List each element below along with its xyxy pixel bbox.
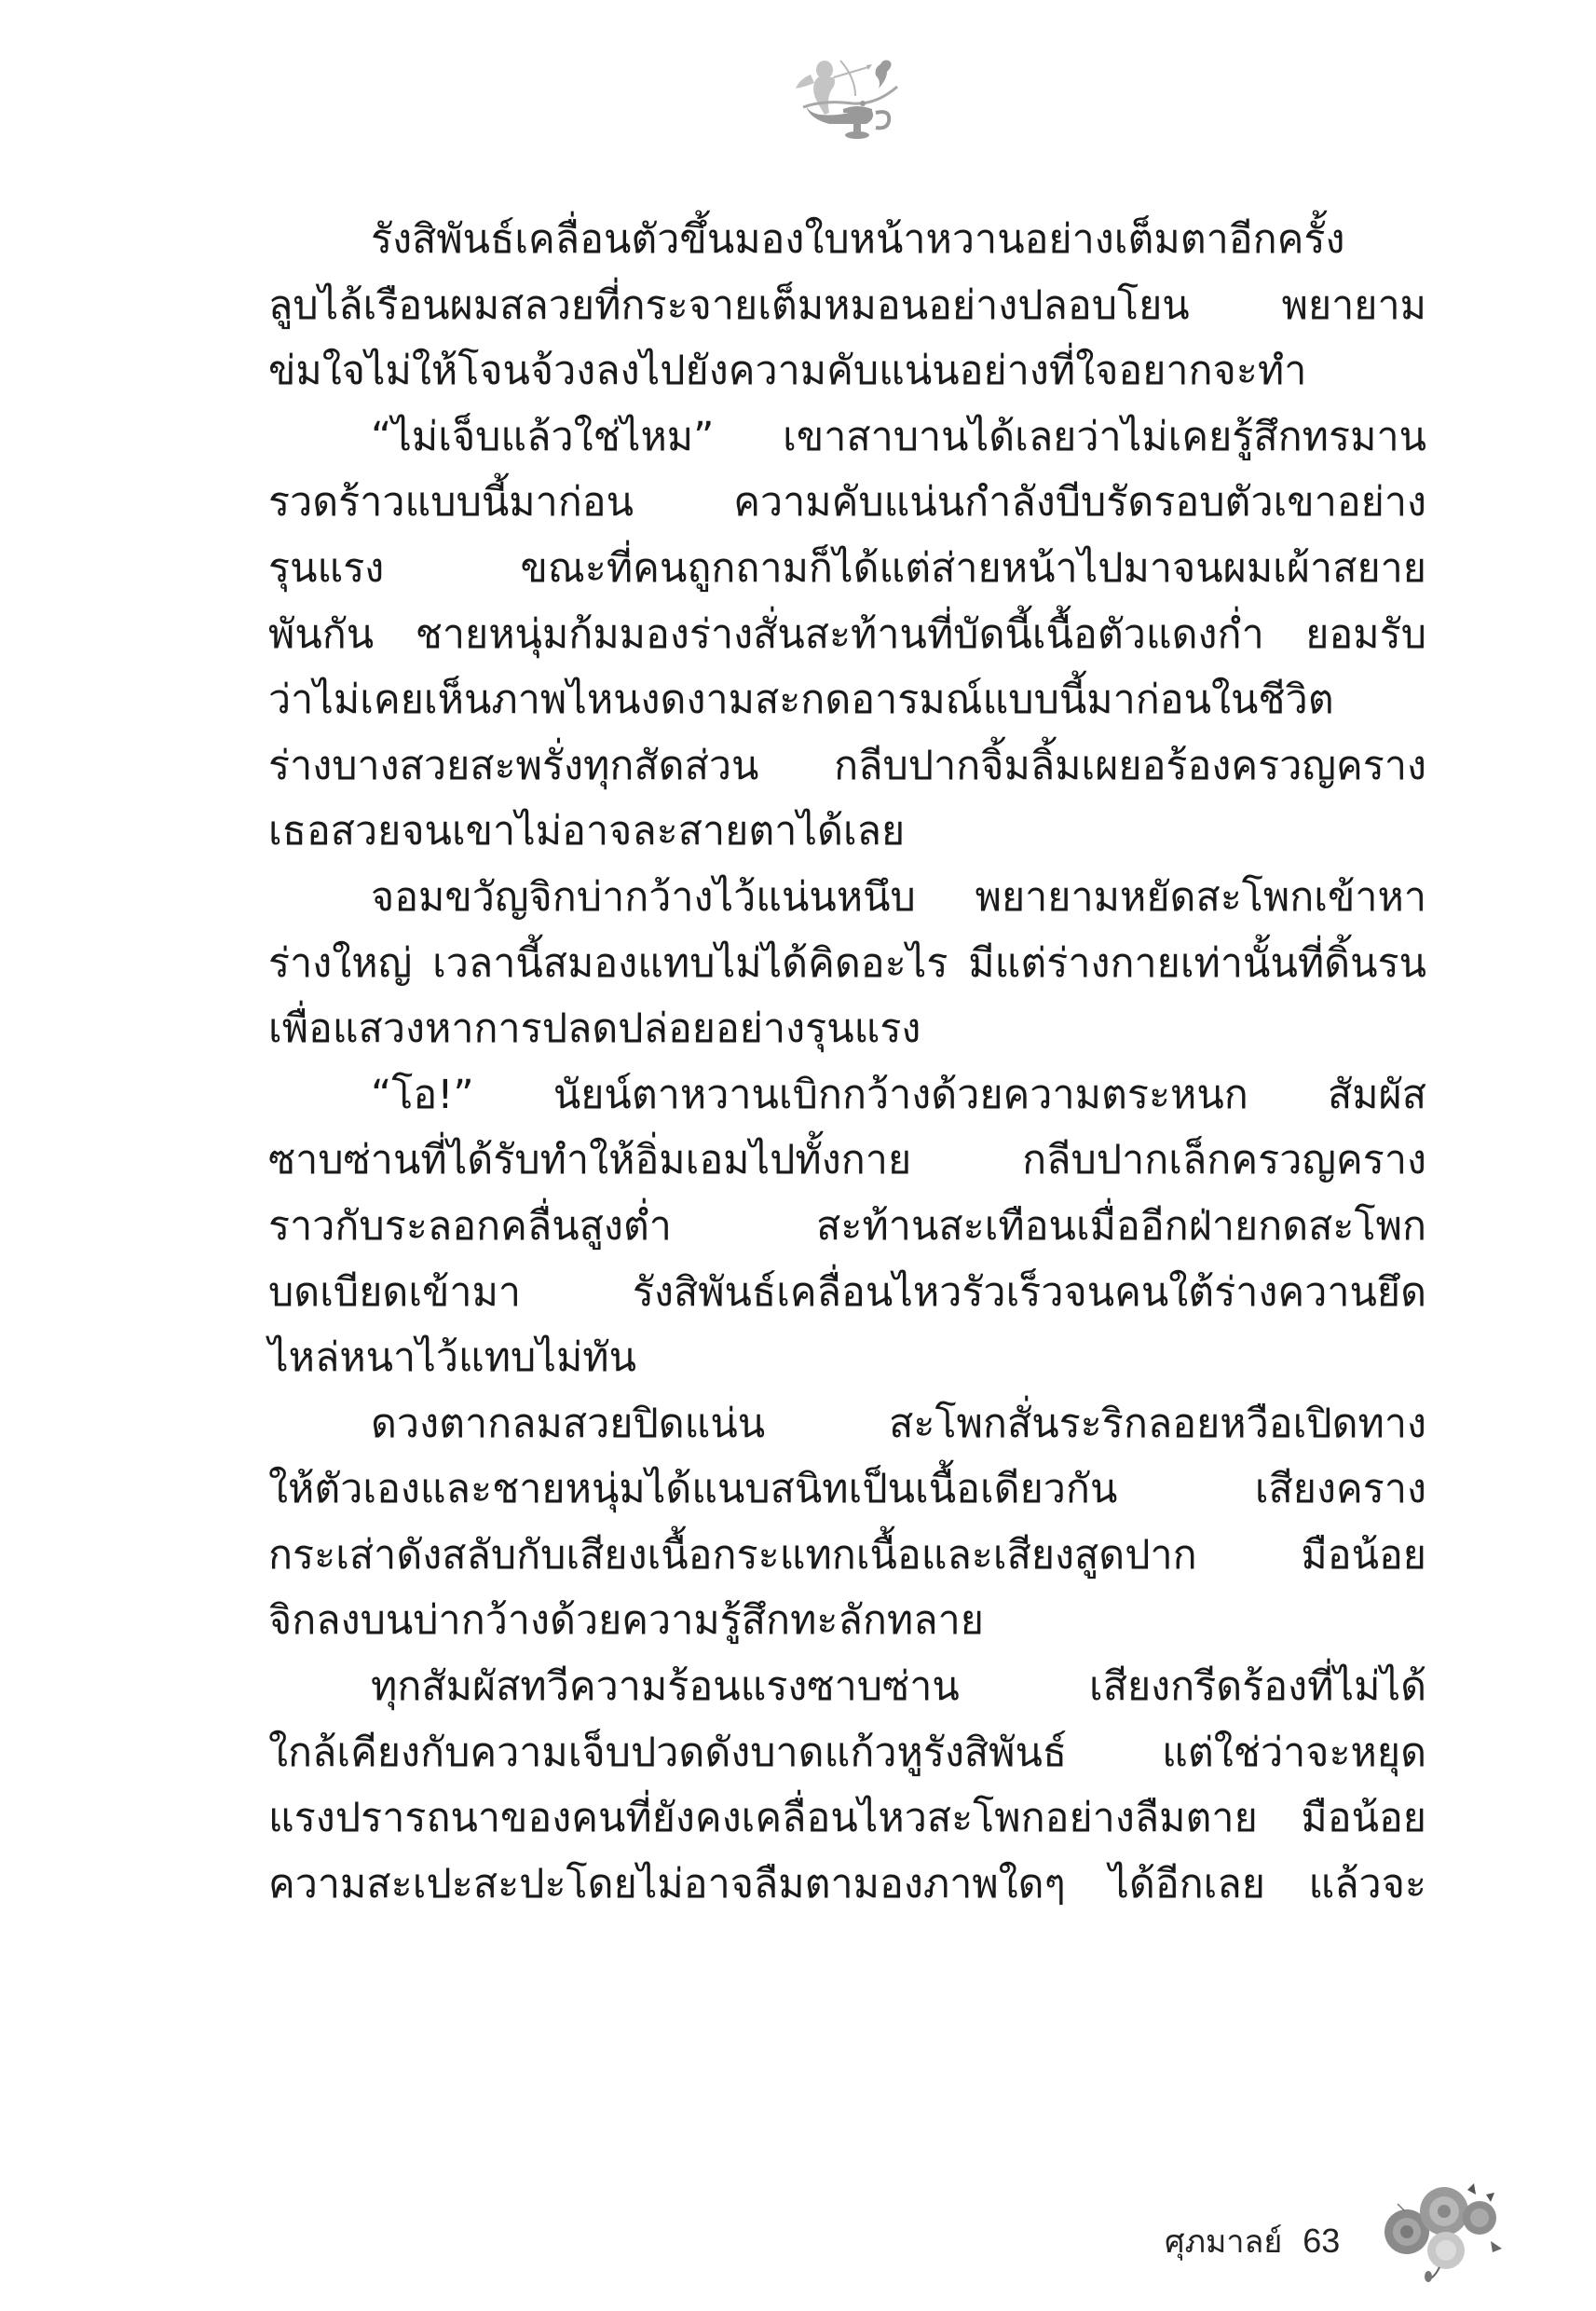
text-line: จอมขวัญจิกบ่ากว้างไว้แน่นหนึบ พยายามหยัด… — [268, 865, 1426, 931]
chapter-body-text: รังสิพันธ์เคลื่อนตัวขึ้นมองใบหน้าหวานอย่… — [268, 207, 1426, 1917]
text-line: ราวกับระลอกคลื่นสูงต่ำ สะท้านสะเทือนเมื่… — [268, 1194, 1426, 1260]
text-line: “โอ!” นัยน์ตาหวานเบิกกว้างด้วยความตระหนก… — [268, 1062, 1426, 1128]
text-line: ทุกสัมผัสทวีความร้อนแรงซาบซ่าน เสียงกรีด… — [268, 1654, 1426, 1720]
text-line: รวดร้าวแบบนี้มาก่อน ความคับแน่นกำลังบีบร… — [268, 470, 1426, 536]
text-line: ใกล้เคียงกับความเจ็บปวดดังบาดแก้วหูรังสิ… — [268, 1720, 1426, 1786]
text-line: ดวงตากลมสวยปิดแน่น สะโพกสั่นระริกลอยหวือ… — [268, 1391, 1426, 1457]
paragraph: ดวงตากลมสวยปิดแน่น สะโพกสั่นระริกลอยหวือ… — [268, 1391, 1426, 1654]
text-line: ซาบซ่านที่ได้รับทำให้อิ่มเอมไปทั้งกาย กล… — [268, 1128, 1426, 1194]
text-line: ร่างใหญ่ เวลานี้สมองแทบไม่ได้คิดอะไร มีแ… — [268, 931, 1426, 997]
text-line: บดเบียดเข้ามา รังสิพันธ์เคลื่อนไหวรัวเร็… — [268, 1260, 1426, 1326]
text-line: เธอสวยจนเขาไม่อาจละสายตาได้เลย — [268, 799, 1426, 865]
author-name: ศุภมาลย์ — [1165, 2216, 1282, 2266]
text-line: ความสะเปะสะปะโดยไม่อาจลืมตามองภาพใดๆ ได้… — [268, 1852, 1426, 1918]
text-line: เพื่อแสวงหาการปลดปล่อยอย่างรุนแรง — [268, 996, 1426, 1062]
text-line: แรงปรารถนาของคนที่ยังคงเคลื่อนไหวสะโพกอย… — [268, 1785, 1426, 1852]
text-line: “ไม่เจ็บแล้วใช่ไหม” เขาสาบานได้เลยว่าไม่… — [268, 404, 1426, 471]
text-line: กระเส่าดังสลับกับเสียงเนื้อกระแทกเนื้อแล… — [268, 1523, 1426, 1589]
paragraph: จอมขวัญจิกบ่ากว้างไว้แน่นหนึบ พยายามหยัด… — [268, 865, 1426, 1062]
text-line: ให้ตัวเองและชายหนุ่มได้แนบสนิทเป็นเนื้อเ… — [268, 1456, 1426, 1523]
cupid-teapot-ornament-icon — [783, 33, 899, 140]
page-number: 63 — [1303, 2222, 1340, 2261]
page-footer: ศุภมาลย์ 63 — [1165, 2213, 1340, 2269]
book-page: รังสิพันธ์เคลื่อนตัวขึ้นมองใบหน้าหวานอย่… — [0, 0, 1596, 2311]
paragraph: รังสิพันธ์เคลื่อนตัวขึ้นมองใบหน้าหวานอย่… — [268, 207, 1426, 404]
text-line: ข่มใจไม่ให้โจนจ้วงลงไปยังความคับแน่นอย่า… — [268, 338, 1426, 404]
rose-bouquet-ornament-icon — [1379, 2176, 1509, 2283]
text-line: ว่าไม่เคยเห็นภาพไหนงดงามสะกดอารมณ์แบบนี้… — [268, 667, 1426, 733]
text-line: ไหล่หนาไว้แทบไม่ทัน — [268, 1325, 1426, 1391]
text-line: พันกัน ชายหนุ่มก้มมองร่างสั่นสะท้านที่บั… — [268, 602, 1426, 668]
text-line: จิกลงบนบ่ากว้างด้วยความรู้สึกทะลักทลาย — [268, 1588, 1426, 1654]
text-line: รุนแรง ขณะที่คนถูกถามก็ได้แต่ส่ายหน้าไปม… — [268, 536, 1426, 602]
paragraph: “โอ!” นัยน์ตาหวานเบิกกว้างด้วยความตระหนก… — [268, 1062, 1426, 1391]
paragraph: “ไม่เจ็บแล้วใช่ไหม” เขาสาบานได้เลยว่าไม่… — [268, 404, 1426, 865]
text-line: ร่างบางสวยสะพรั่งทุกสัดส่วน กลีบปากจิ้มล… — [268, 733, 1426, 800]
text-line: รังสิพันธ์เคลื่อนตัวขึ้นมองใบหน้าหวานอย่… — [268, 207, 1426, 273]
text-line: ลูบไล้เรือนผมสลวยที่กระจายเต็มหมอนอย่างป… — [268, 273, 1426, 339]
paragraph: ทุกสัมผัสทวีความร้อนแรงซาบซ่าน เสียงกรีด… — [268, 1654, 1426, 1917]
